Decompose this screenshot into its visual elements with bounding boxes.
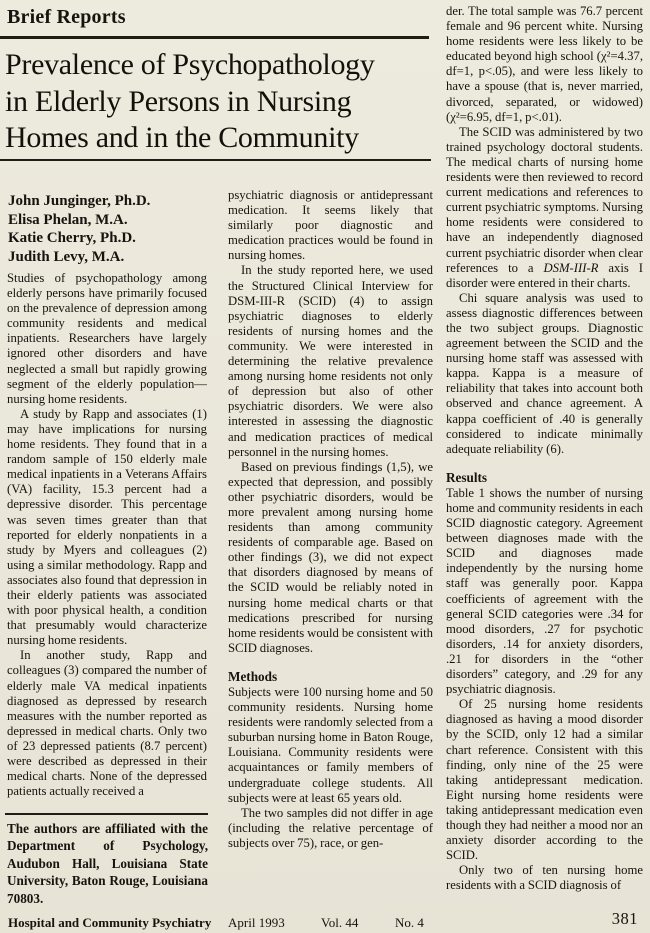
paragraph: The two samples did not differ in age (i… — [228, 806, 433, 851]
author-name: Katie Cherry, Ph.D. — [8, 229, 150, 248]
issue-number-label: No. 4 — [395, 915, 424, 931]
title-line-2: in Elderly Persons in Nursing — [5, 84, 445, 121]
column-right: der. The total sample was 76.7 percent f… — [446, 4, 643, 906]
author-affiliation: The authors are affiliated with the Depa… — [7, 820, 208, 907]
paragraph: Only two of ten nursing home residents w… — [446, 863, 643, 893]
paragraph: Chi square analysis was used to assess d… — [446, 291, 643, 457]
paragraph: The SCID was administered by two trained… — [446, 125, 643, 291]
article-title: Prevalence of Psychopathology in Elderly… — [5, 47, 445, 157]
section-kicker: Brief Reports — [7, 6, 126, 29]
author-name: John Junginger, Ph.D. — [8, 192, 150, 211]
issue-date: April 1993 — [228, 915, 285, 931]
author-list: John Junginger, Ph.D. Elisa Phelan, M.A.… — [8, 192, 150, 266]
paragraph: Of 25 nursing home residents diagnosed a… — [446, 697, 643, 863]
journal-name: Hospital and Community Psychiatry — [8, 915, 211, 931]
paragraph: der. The total sample was 76.7 percent f… — [446, 4, 643, 125]
methods-heading: Methods — [228, 669, 433, 684]
column-middle: psychiatric diagnosis or antidepressant … — [228, 188, 433, 906]
volume-label: Vol. 44 — [321, 915, 358, 931]
paragraph-text: The SCID was administered by two trained… — [446, 125, 643, 275]
paragraph: Subjects were 100 nursing home and 50 co… — [228, 685, 433, 806]
paragraph: In the study reported here, we used the … — [228, 263, 433, 459]
paragraph: A study by Rapp and associates (1) may h… — [7, 407, 207, 649]
journal-page: Brief Reports Prevalence of Psychopathol… — [0, 0, 650, 933]
title-line-3: Homes and in the Community — [5, 120, 445, 157]
results-heading: Results — [446, 470, 643, 485]
paragraph: psychiatric diagnosis or antidepressant … — [228, 188, 433, 263]
title-line-1: Prevalence of Psychopathology — [5, 47, 445, 84]
dsm-iii-r-italic: DSM-III-R — [543, 261, 598, 275]
paragraph: Based on previous findings (1,5), we exp… — [228, 460, 433, 656]
paragraph: In another study, Rapp and colleagues (3… — [7, 648, 207, 799]
title-rule — [0, 159, 431, 161]
author-name: Judith Levy, M.A. — [8, 248, 150, 267]
kicker-rule — [0, 36, 429, 39]
author-name: Elisa Phelan, M.A. — [8, 211, 150, 230]
column-left: Studies of psychopathology among elderly… — [7, 271, 207, 809]
paragraph: Studies of psychopathology among elderly… — [7, 271, 207, 407]
page-number: 381 — [612, 909, 638, 929]
paragraph: Table 1 shows the number of nursing home… — [446, 486, 643, 697]
footnote-rule — [5, 813, 208, 815]
